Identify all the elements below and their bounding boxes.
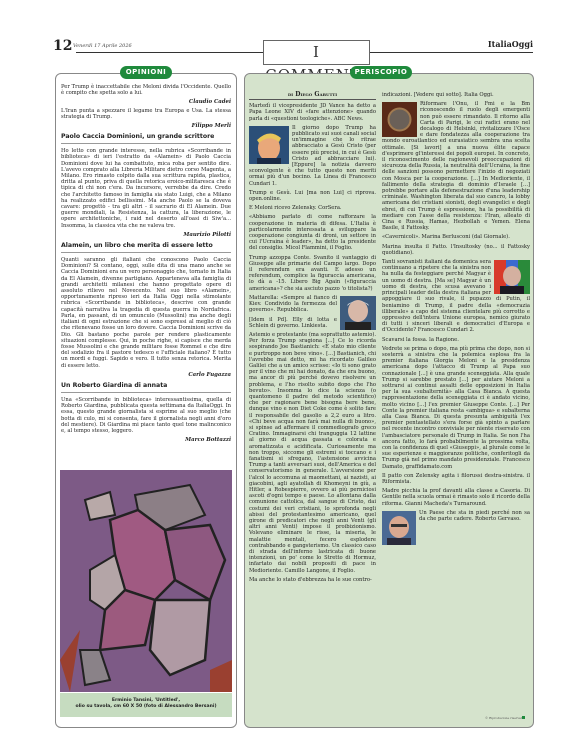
opinion-text: Per Trump è inaccettabile che Meloni div…: [61, 84, 231, 96]
opinioni-content: Per Trump è inaccettabile che Meloni div…: [61, 84, 231, 445]
opinion-signature: Claudio Cadei: [61, 99, 231, 105]
portrait-icon: [249, 126, 289, 164]
periscopio-item: Astemio e protestante (ma soprattutto as…: [249, 332, 376, 574]
periscopio-item: Ma anche lo stato d'ebbrezza ha le sue c…: [249, 577, 376, 583]
portrait-icon: [340, 296, 376, 330]
mattarella-photo: [340, 296, 376, 330]
abstract-painting-icon: [60, 470, 232, 692]
artwork-caption: Erminio Tansini, 'Untitled', olio su tav…: [60, 693, 232, 717]
portrait-icon: [382, 511, 416, 545]
trump-photo: [249, 126, 289, 164]
opinion-signature: Filippo Merli: [61, 123, 231, 129]
portrait-icon: [494, 260, 530, 294]
byline: di Diego Gabutti: [249, 92, 376, 100]
putin-photo: [494, 260, 530, 294]
caption-line: olio su tavola, cm 60 X 50 (foto di Ales…: [60, 704, 232, 710]
periscopio-item: indicazioni. [Vedere qui sotto]. Italia …: [382, 92, 530, 98]
letter-body: Ho letto con grande interesse, nella rub…: [61, 148, 231, 229]
letter-headline: Paolo Caccia Dominioni, un grande scritt…: [61, 133, 231, 144]
periscopio-item: Trump e Gesù. Lui [ma non Lui] ci riprov…: [249, 190, 376, 202]
letter-headline: Alamein, un libro che merita di essere l…: [61, 242, 231, 253]
periscopio-item: Scavarsi la fossa. la Ragione.: [382, 337, 530, 343]
periscopio-item: «Abbiamo parlato di come rafforzare la c…: [249, 214, 376, 251]
gervaso-photo: [382, 511, 416, 545]
copyright-note: © Riproduzione riservata: [485, 716, 524, 720]
periscopio-item: Marina insulta il Fatto. l'Insultosky (n…: [382, 244, 530, 256]
section-title: I COMMENTI: [263, 40, 370, 65]
opinioni-tag: OPINIONI: [120, 66, 172, 79]
opinion-text: L'Iran punta a spezzare il legame tra Eu…: [61, 108, 231, 120]
periscopio-item: Martedì il vicepresidente JD Vance ha de…: [249, 103, 376, 122]
letter-body: Quanti saranno gli italiani che conoscon…: [61, 257, 231, 369]
periscopio-item: Il patto con Zelensky agita i filorussi …: [382, 473, 530, 485]
letter-body: Una «Scorribande in biblioteca» interess…: [61, 397, 231, 434]
periscopio-item: E Meloni ricevo Zelensky. CorSera.: [249, 205, 376, 211]
coin-photo: [382, 102, 417, 137]
letter-headline: Un Roberto Giardina di annata: [61, 382, 231, 393]
page-header: 12 Venerdì 17 Aprile 2026 I COMMENTI Ita…: [53, 38, 533, 58]
periscopio-tag: PERISCOPIO: [350, 66, 412, 79]
page-date: Venerdì 17 Aprile 2026: [73, 43, 132, 49]
periscopio-item: Vedrete se prima o dopo, ma più prima ch…: [382, 346, 530, 470]
end-square-icon: [522, 716, 525, 719]
brand-logo: ItaliaOggi: [488, 39, 533, 49]
letter-signature: Marco Bottazzi: [61, 437, 231, 443]
coin-icon: [382, 102, 417, 137]
periscopio-item: Madre picchia la prof davanti alla class…: [382, 488, 530, 507]
periscopio-item: Trump azzoppa Conte. Svanito il vantaggi…: [249, 255, 376, 292]
periscopio-column-2: indicazioni. [Vedere qui sotto]. Italia …: [382, 92, 530, 546]
artwork-image: [60, 470, 232, 692]
letter-signature: Carlo Fugazza: [61, 372, 231, 378]
periscopio-item: «Cavernicoli». Marina Berlusconi (dal Gi…: [382, 234, 530, 240]
letter-signature: Maurizio Pilotti: [61, 232, 231, 238]
periscopio-column-1: di Diego Gabutti Martedì il vicepresiden…: [249, 92, 376, 586]
